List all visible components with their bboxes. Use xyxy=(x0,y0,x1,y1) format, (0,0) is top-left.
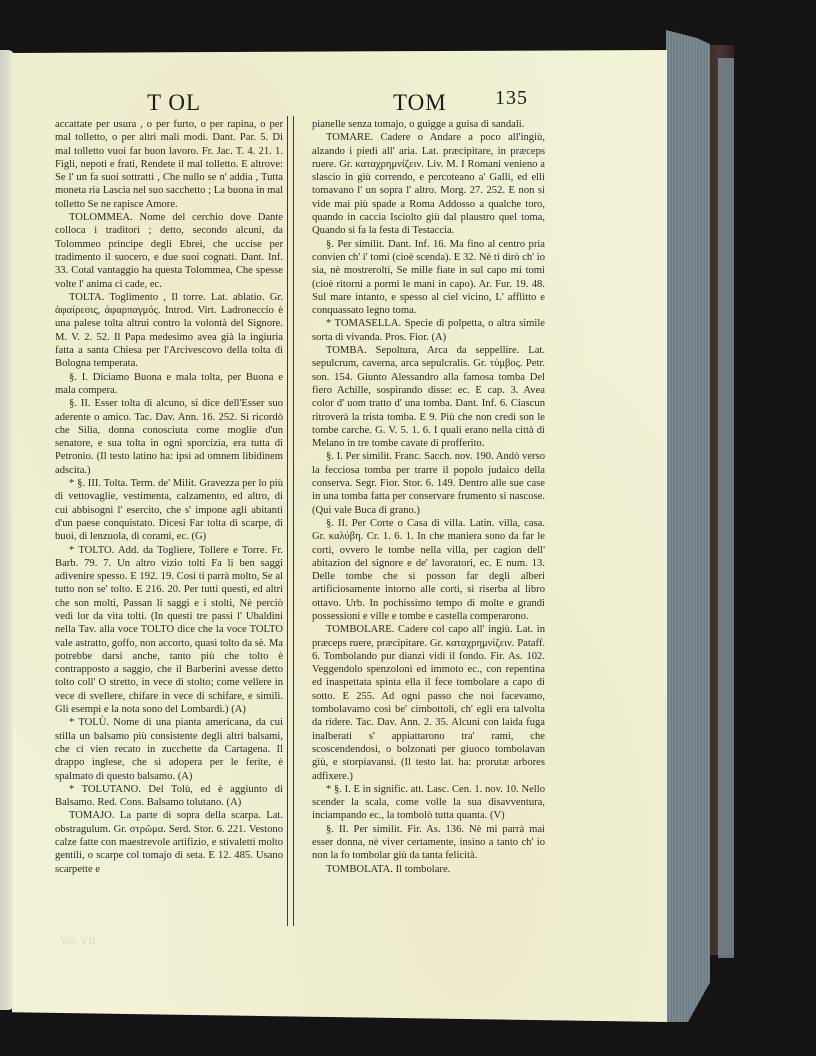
page-number: 135 xyxy=(495,87,528,110)
entry-tomare-s: §. Per similit. Dant. Inf. 16. Ma fino a… xyxy=(312,238,545,318)
entry-tolutano: * TOLUTANO. Del Tolù, ed è aggiunto di B… xyxy=(55,783,283,810)
entry-tombolata: TOMBOLATA. Il tombolare. xyxy=(312,863,545,876)
left-column: accattate per usura , o per furto, o per… xyxy=(55,118,283,876)
entry-tomasella: * TOMASELLA. Specie di polpetta, o altra… xyxy=(312,317,545,344)
running-head-left: T OL xyxy=(147,90,201,116)
book-endpaper xyxy=(718,58,734,958)
entry-tolta: TOLTA. Toglimento , Il torre. Lat. ablat… xyxy=(55,291,283,371)
entry-continuation: pianelle senza tomajo, o guigge a guisa … xyxy=(312,118,545,131)
entry-tombolare: TOMBOLARE. Cadere col capo all' ingiù. L… xyxy=(312,623,545,783)
entry-tombolare-s1: * §. I. E in signific. att. Lasc. Cen. 1… xyxy=(312,783,545,823)
entry-tolta-s1: §. I. Diciamo Buona e mala tolta, per Bu… xyxy=(55,371,283,398)
entry-tomare: TOMARE. Cadere o Andare a poco all'ingiù… xyxy=(312,131,545,237)
entry-tolto: * TOLTO. Add. da Togliere, Tollere e Tor… xyxy=(55,544,283,717)
entry-tomajo: TOMAJO. La parte di sopra della scarpa. … xyxy=(55,809,283,875)
entry-tolta-s3: * §. III. Tolta. Term. de' Milit. Gravez… xyxy=(55,477,283,543)
right-column: pianelle senza tomajo, o guigge a guisa … xyxy=(312,118,545,876)
entry-tomba-s2: §. II. Per Corte o Casa di villa. Latin.… xyxy=(312,517,545,623)
entry-tolommea: TOLOMMEA. Nome del cerchio dove Dante co… xyxy=(55,211,283,291)
entry-tomba: TOMBA. Sepoltura, Arca da seppellire. La… xyxy=(312,344,545,450)
running-head-right: TOM xyxy=(393,90,447,116)
entry-tombolare-s2: §. II. Per similit. Fir. As. 136. Nè mi … xyxy=(312,823,545,863)
entry-tolu: * TOLÙ. Nome di una pianta americana, da… xyxy=(55,716,283,782)
column-divider xyxy=(287,116,294,926)
left-page-edge xyxy=(0,50,14,1010)
entry-tomba-s1: §. I. Per similit. Franc. Sacch. nov. 19… xyxy=(312,450,545,516)
entry-continuation: accattate per usura , o per furto, o per… xyxy=(55,118,283,211)
page-block-edge xyxy=(666,30,710,1022)
signature-mark: Vol. VII xyxy=(60,935,96,947)
entry-tolta-s2: §. II. Esser tolta di alcuno, si dice de… xyxy=(55,397,283,477)
